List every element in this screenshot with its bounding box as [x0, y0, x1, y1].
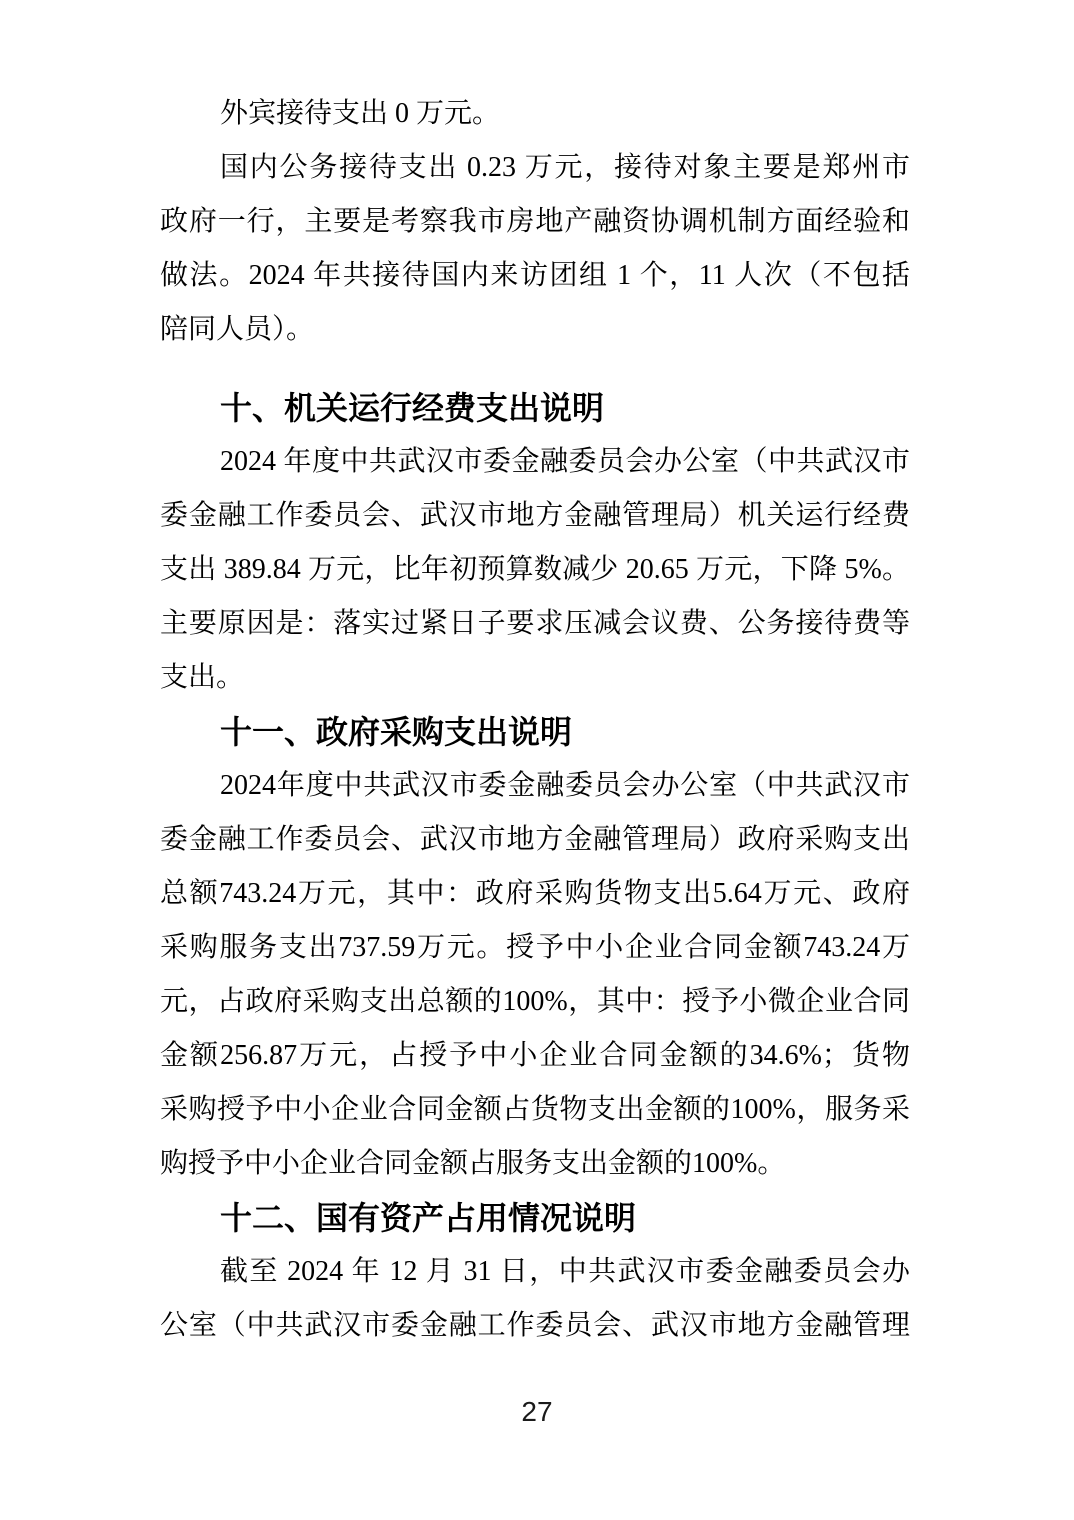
page-content: 外宾接待支出 0 万元。 国内公务接待支出 0.23 万元，接待对象主要是郑州市…: [160, 87, 910, 1353]
text-line: 总额743.24万元，其中：政府采购货物支出5.64万元、政府: [160, 867, 910, 921]
section-10-heading: 十、机关运行经费支出说明: [160, 381, 910, 435]
section-reception-expense: 外宾接待支出 0 万元。 国内公务接待支出 0.23 万元，接待对象主要是郑州市…: [160, 87, 910, 357]
text-line: 主要原因是：落实过紧日子要求压减会议费、公务接待费等: [160, 597, 910, 651]
text-line: 元，占政府采购支出总额的100%，其中：授予小微企业合同: [160, 975, 910, 1029]
text-line: 陪同人员）。: [160, 303, 910, 357]
text-line: 2024年度中共武汉市委金融委员会办公室（中共武汉市: [160, 759, 910, 813]
text-line: 委金融工作委员会、武汉市地方金融管理局）政府采购支出: [160, 813, 910, 867]
text-line: 公室（中共武汉市委金融工作委员会、武汉市地方金融管理: [160, 1299, 910, 1353]
text-line: 采购授予中小企业合同金额占货物支出金额的100%，服务采: [160, 1083, 910, 1137]
text-line: 截至 2024 年 12 月 31 日，中共武汉市委金融委员会办: [160, 1245, 910, 1299]
text-line: 金额256.87万元，占授予中小企业合同金额的34.6%；货物: [160, 1029, 910, 1083]
section-12-state-assets: 十二、国有资产占用情况说明 截至 2024 年 12 月 31 日，中共武汉市委…: [160, 1191, 910, 1353]
text-line: 委金融工作委员会、武汉市地方金融管理局）机关运行经费: [160, 489, 910, 543]
section-12-heading: 十二、国有资产占用情况说明: [160, 1191, 910, 1245]
text-line: 购授予中小企业合同金额占服务支出金额的100%。: [160, 1137, 910, 1191]
text-line: 外宾接待支出 0 万元。: [160, 87, 910, 141]
section-11-heading: 十一、政府采购支出说明: [160, 705, 910, 759]
text-line: 支出 389.84 万元，比年初预算数减少 20.65 万元，下降 5%。: [160, 543, 910, 597]
text-line: 支出。: [160, 651, 910, 705]
text-line: 政府一行，主要是考察我市房地产融资协调机制方面经验和: [160, 195, 910, 249]
text-line: 2024 年度中共武汉市委金融委员会办公室（中共武汉市: [160, 435, 910, 489]
text-line: 采购服务支出737.59万元。授予中小企业合同金额743.24万: [160, 921, 910, 975]
page-footer: 27: [0, 1396, 1074, 1428]
section-10-operating-expense: 十、机关运行经费支出说明 2024 年度中共武汉市委金融委员会办公室（中共武汉市…: [160, 381, 910, 705]
text-line: 做法。2024 年共接待国内来访团组 1 个，11 人次（不包括: [160, 249, 910, 303]
text-line: 国内公务接待支出 0.23 万元，接待对象主要是郑州市: [160, 141, 910, 195]
page-number: 27: [521, 1396, 552, 1427]
document-page: 外宾接待支出 0 万元。 国内公务接待支出 0.23 万元，接待对象主要是郑州市…: [0, 0, 1074, 1520]
section-11-procurement: 十一、政府采购支出说明 2024年度中共武汉市委金融委员会办公室（中共武汉市 委…: [160, 705, 910, 1191]
